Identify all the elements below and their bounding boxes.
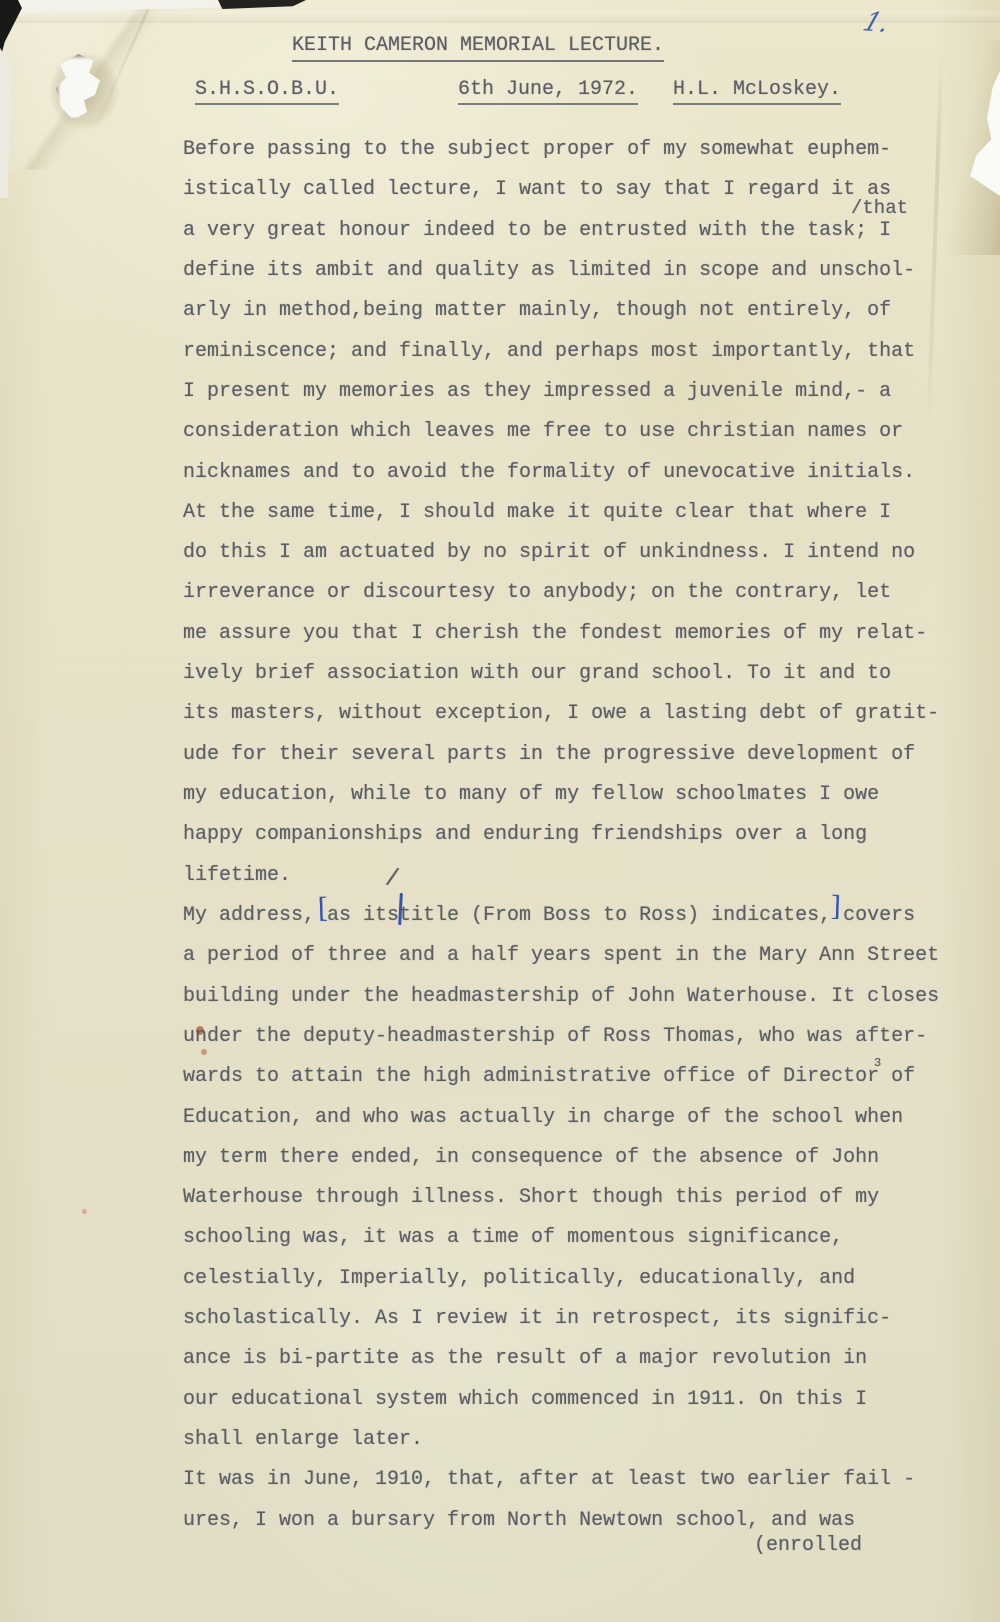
typewritten-line: scholastically. As I review it in retros… — [183, 1307, 973, 1347]
catchword: (enrolled — [754, 1534, 862, 1557]
typewritten-line: ively brief association with our grand s… — [183, 662, 973, 702]
typewritten-line: nicknames and to avoid the formality of … — [183, 461, 973, 501]
typewritten-line: Before passing to the subject proper of … — [183, 138, 973, 178]
typewritten-line: our educational system which commenced i… — [183, 1388, 973, 1428]
editor-open-bracket: [ — [317, 894, 328, 923]
typewritten-line: do this I am actuated by no spirit of un… — [183, 541, 973, 581]
typewritten-line: its masters, without exception, I owe a … — [183, 702, 973, 742]
typewritten-line: schooling was, it was a time of momentou… — [183, 1226, 973, 1266]
typewritten-line: me assure you that I cherish the fondest… — [183, 622, 973, 662]
typewritten-line: under the deputy-headmastership of Ross … — [183, 1025, 973, 1065]
typewritten-line: Education, and who was actually in charg… — [183, 1106, 973, 1146]
typewritten-line: My address, as itstitle (From Boss to Ro… — [183, 904, 973, 944]
lecture-body-text: Before passing to the subject proper of … — [183, 138, 973, 1549]
insertion-slash-mark: / — [384, 865, 401, 893]
editor-close-bracket: ] — [830, 892, 841, 921]
typewritten-line: ude for their several parts in the progr… — [183, 743, 973, 783]
typed-correction-mark: 3 — [874, 1058, 881, 1069]
typewritten-line: happy companionships and enduring friend… — [183, 823, 973, 863]
typewritten-line: reminiscence; and finally, and perhaps m… — [183, 340, 973, 380]
typewritten-line: consideration which leaves me free to us… — [183, 420, 973, 460]
crease-line — [0, 11, 1000, 23]
typewritten-line: a very great honour indeed to be entrust… — [183, 219, 973, 259]
typewritten-line: define its ambit and quality as limited … — [183, 259, 973, 299]
typewritten-line: wards to attain the high administrative … — [183, 1065, 973, 1105]
date-label: 6th June, 1972. — [458, 78, 638, 105]
typewritten-line: shall enlarge later. — [183, 1428, 973, 1468]
typewritten-line: I present my memories as they impressed … — [183, 380, 973, 420]
typewritten-line: my education, while to many of my fellow… — [183, 783, 973, 823]
typewritten-line: It was in June, 1910, that, after at lea… — [183, 1468, 973, 1508]
rust-speck — [82, 1209, 87, 1214]
typewritten-line: irreverance or discourtesy to anybody; o… — [183, 581, 973, 621]
organisation-label: S.H.S.O.B.U. — [195, 78, 339, 105]
interline-insertion: /that — [851, 197, 908, 219]
typewritten-line: Waterhouse through illness. Short though… — [183, 1186, 973, 1226]
typewritten-line: a period of three and a half years spent… — [183, 944, 973, 984]
author-label: H.L. McLoskey. — [673, 78, 841, 105]
typewritten-line: celestially, Imperially, politically, ed… — [183, 1267, 973, 1307]
document-title: KEITH CAMERON MEMORIAL LECTURE. — [292, 34, 664, 62]
typewritten-line: my term there ended, in consequence of t… — [183, 1146, 973, 1186]
scanned-document: KEITH CAMERON MEMORIAL LECTURE. S.H.S.O.… — [0, 0, 1000, 1622]
typewritten-line: At the same time, I should make it quite… — [183, 501, 973, 541]
typewritten-line: building under the headmastership of Joh… — [183, 985, 973, 1025]
typewritten-line: arly in method,being matter mainly, thou… — [183, 299, 973, 339]
typewritten-line: ance is bi-partite as the result of a ma… — [183, 1347, 973, 1387]
typewritten-line: lifetime. — [183, 864, 973, 904]
